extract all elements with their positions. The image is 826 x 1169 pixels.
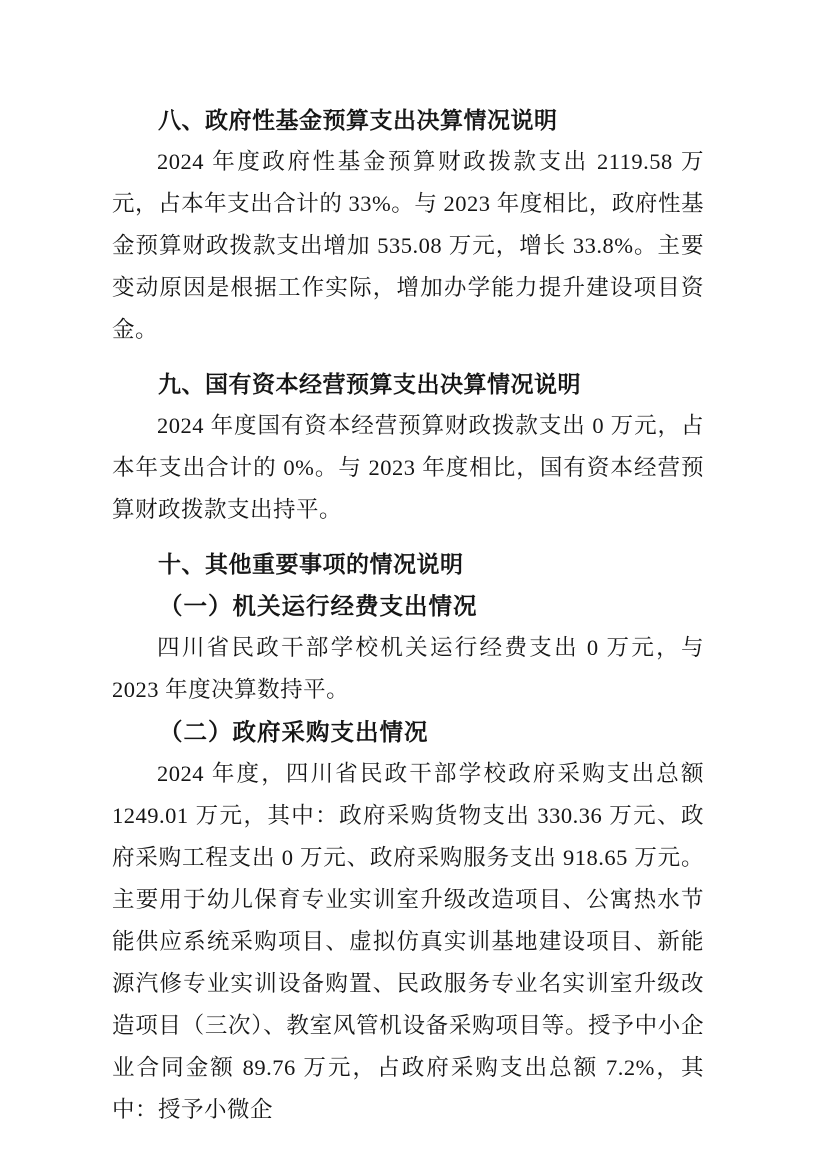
document-page: 八、政府性基金预算支出决算情况说明 2024 年度政府性基金预算财政拨款支出 2… [0, 0, 826, 1169]
paragraph-government-procurement: 2024 年度，四川省民政干部学校政府采购支出总额 1249.01 万元，其中：… [112, 753, 704, 1131]
section-heading-8-government-funds: 八、政府性基金预算支出决算情况说明 [112, 99, 704, 141]
section-heading-9-state-capital: 九、国有资本经营预算支出决算情况说明 [112, 363, 704, 405]
section-heading-10-other-matters: 十、其他重要事项的情况说明 [112, 543, 704, 585]
paragraph-state-capital-expenditure: 2024 年度国有资本经营预算财政拨款支出 0 万元，占本年支出合计的 0%。与… [112, 405, 704, 531]
paragraph-government-funds-expenditure: 2024 年度政府性基金预算财政拨款支出 2119.58 万元，占本年支出合计的… [112, 141, 704, 351]
document-content: 八、政府性基金预算支出决算情况说明 2024 年度政府性基金预算财政拨款支出 2… [112, 99, 704, 1131]
paragraph-agency-operating-expenses: 四川省民政干部学校机关运行经费支出 0 万元，与 2023 年度决算数持平。 [112, 627, 704, 711]
sub-heading-1-agency-operating-expenses: （一）机关运行经费支出情况 [112, 585, 704, 627]
sub-heading-2-government-procurement: （二）政府采购支出情况 [112, 711, 704, 753]
